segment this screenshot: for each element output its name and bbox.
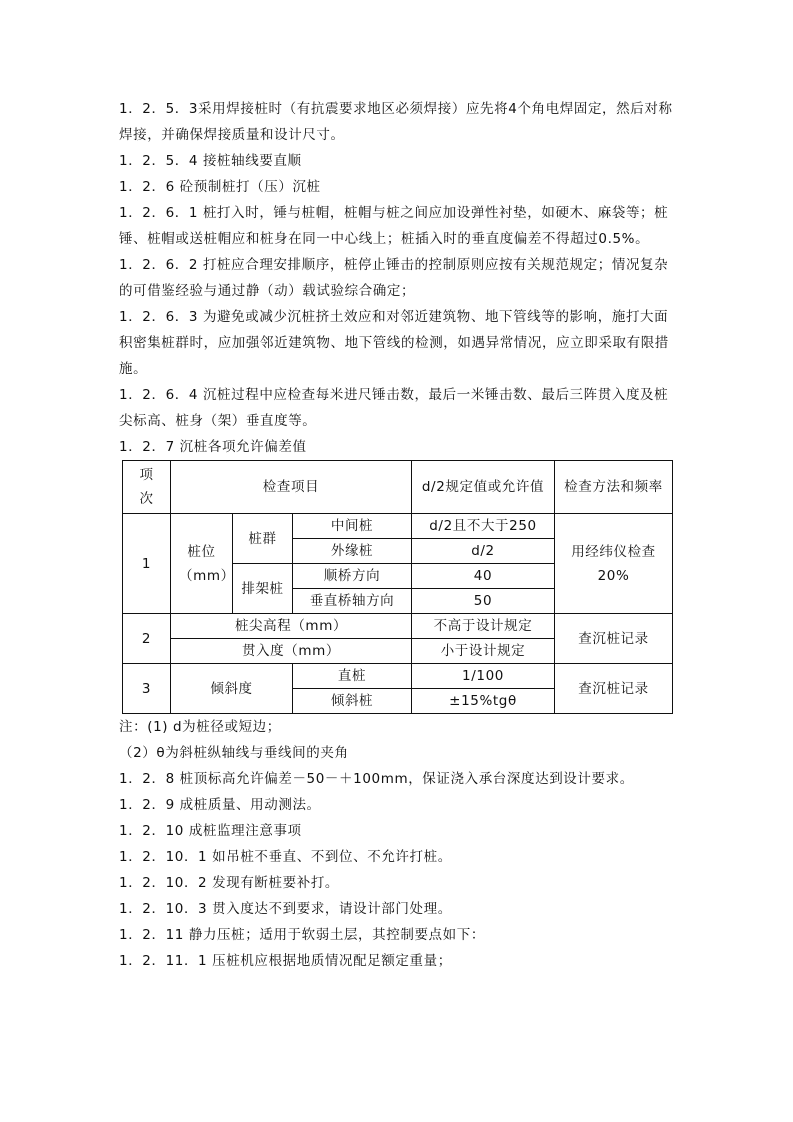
row2-item-value: 不高于设计规定: [412, 614, 555, 639]
table-header-row: 项次 检查项目 d/2规定值或允许值 检查方法和频率: [123, 461, 673, 514]
table-note-2: （2）θ为斜桩纵轴线与垂线间的夹角: [119, 740, 675, 766]
row1-index: 1: [123, 514, 171, 614]
heading-1-2-7: 1．2．7 沉桩各项允许偏差值: [119, 434, 675, 460]
table-note-1: 注：(1) d为桩径或短边；: [119, 714, 675, 740]
row1-item-name: 中间桩: [293, 514, 412, 539]
heading-1-2-10: 1．2．10 成桩监理注意事项: [119, 818, 675, 844]
heading-1-2-11: 1．2．11 静力压桩；适用于软弱土层，其控制要点如下：: [119, 922, 675, 948]
paragraph-1-2-6-2: 1．2．6．2 打桩应合理安排顺序，桩停止锤击的控制原则应按有关规范规定；情况复…: [119, 252, 675, 304]
row2-method: 查沉桩记录: [555, 614, 673, 664]
paragraph-1-2-5-4: 1．2．5．4 接桩轴线要直顺: [119, 148, 675, 174]
row1-item-name: 垂直桥轴方向: [293, 589, 412, 614]
deviation-table: 项次 检查项目 d/2规定值或允许值 检查方法和频率 1 桩位（mm） 桩群 中…: [122, 460, 673, 714]
header-method: 检查方法和频率: [555, 461, 673, 514]
header-value: d/2规定值或允许值: [412, 461, 555, 514]
row2-item-name: 贯入度（mm）: [171, 639, 412, 664]
row3-item-name: 倾斜桩: [293, 689, 412, 714]
row3-index: 3: [123, 664, 171, 714]
paragraph-1-2-10-1: 1．2．10．1 如吊桩不垂直、不到位、不允许打桩。: [119, 844, 675, 870]
row2-index: 2: [123, 614, 171, 664]
row1-item-value: 50: [412, 589, 555, 614]
paragraph-1-2-5-3: 1．2．5．3采用焊接桩时（有抗震要求地区必须焊接）应先将4个角电焊固定，然后对…: [119, 96, 675, 148]
document-page: 1．2．5．3采用焊接桩时（有抗震要求地区必须焊接）应先将4个角电焊固定，然后对…: [119, 96, 675, 974]
paragraph-1-2-6-1: 1．2．6．1 桩打入时，锤与桩帽，桩帽与桩之间应加设弹性衬垫，如硬木、麻袋等；…: [119, 200, 675, 252]
row3-item-name: 直桩: [293, 664, 412, 689]
row1-sub-b: 排架桩: [233, 564, 293, 614]
row1-item-value: d/2且不大于250: [412, 514, 555, 539]
paragraph-1-2-11-1: 1．2．11．1 压桩机应根据地质情况配足额定重量；: [119, 948, 675, 974]
row3-group: 倾斜度: [171, 664, 293, 714]
row3-method: 查沉桩记录: [555, 664, 673, 714]
row3-item-value: ±15%tgθ: [412, 689, 555, 714]
row2-item-value: 小于设计规定: [412, 639, 555, 664]
table-row: 1 桩位（mm） 桩群 中间桩 d/2且不大于250 用经纬仪检查20%: [123, 514, 673, 539]
paragraph-1-2-9: 1．2．9 成桩质量、用动测法。: [119, 792, 675, 818]
paragraph-1-2-6-4: 1．2．6．4 沉桩过程中应检查每米进尺锤击数，最后一米锤击数、最后三阵贯入度及…: [119, 382, 675, 434]
header-item: 检查项目: [171, 461, 412, 514]
row3-item-value: 1/100: [412, 664, 555, 689]
heading-1-2-6: 1．2．6 砼预制桩打（压）沉桩: [119, 174, 675, 200]
row1-item-value: d/2: [412, 539, 555, 564]
row1-item-value: 40: [412, 564, 555, 589]
row1-sub-a: 桩群: [233, 514, 293, 564]
paragraph-1-2-10-2: 1．2．10．2 发现有断桩要补打。: [119, 870, 675, 896]
row2-item-name: 桩尖高程（mm）: [171, 614, 412, 639]
paragraph-1-2-8: 1．2．8 桩顶标高允许偏差－50－＋100mm，保证浇入承台深度达到设计要求。: [119, 766, 675, 792]
table-row: 3 倾斜度 直桩 1/100 查沉桩记录: [123, 664, 673, 689]
row1-item-name: 外缘桩: [293, 539, 412, 564]
row1-item-name: 顺桥方向: [293, 564, 412, 589]
row1-group: 桩位（mm）: [171, 514, 233, 614]
paragraph-1-2-10-3: 1．2．10．3 贯入度达不到要求，请设计部门处理。: [119, 896, 675, 922]
row1-method: 用经纬仪检查20%: [555, 514, 673, 614]
table-row: 2 桩尖高程（mm） 不高于设计规定 查沉桩记录: [123, 614, 673, 639]
paragraph-1-2-6-3: 1．2．6．3 为避免或减少沉桩挤土效应和对邻近建筑物、地下管线等的影响，施打大…: [119, 304, 675, 382]
header-index: 项次: [123, 461, 171, 514]
